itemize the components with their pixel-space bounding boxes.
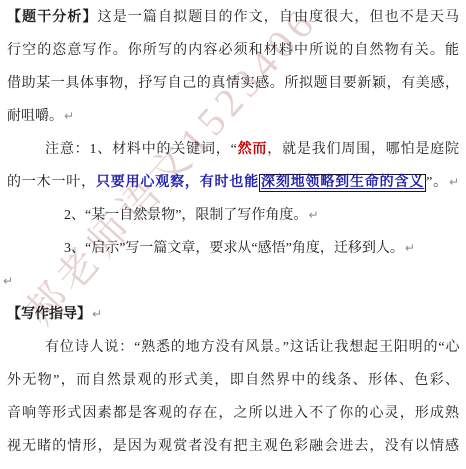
note-item-3-text: 3、“启示”写一篇文章，要求从“感悟”角度，迁移到人。 (64, 241, 404, 256)
analysis-text-4: 耐咀嚼。 (7, 109, 63, 124)
document-page: 【题干分析】这是一篇自拟题目的作文，自由度很大，但也不是天马 行空的恣意写作。你… (0, 0, 466, 463)
analysis-line-1: 【题干分析】这是一篇自拟题目的作文，自由度很大，但也不是天马 (7, 1, 459, 34)
note-item-2: 2、“某一自然景物”，限制了写作角度。↵ (7, 199, 459, 232)
analysis-line-3: 借助某一具体事物，抒写自己的真情实感。所拟题目要新颖，有美感， (7, 67, 459, 100)
pilcrow-icon: ↵ (91, 307, 102, 321)
note-line2-lead: 的一木一叶， (7, 175, 96, 190)
pilcrow-icon: ↵ (307, 208, 318, 222)
analysis-text-3: 借助某一具体事物，抒写自己的真情实感。所拟题目要新颖，有美感， (7, 76, 459, 91)
pilcrow-icon: ↵ (448, 175, 459, 189)
guide-text-1: 有位诗人说：“熟悉的地方没有风景。”这话让我想起王阳明的“心 (45, 340, 459, 355)
guide-text-4: 视无睹的情形，是因为观赏者没有把主观色彩融会进去，没有以情感 (7, 439, 459, 454)
pilcrow-icon: ↵ (63, 109, 74, 123)
guide-text-3: 音响等形式因素都是客观的存在，之所以进入不了你的心灵，形成熟 (7, 406, 459, 421)
guide-line-2: 外无物”，而自然景观的形式美，即自然界中的线条、形体、色彩、 (7, 364, 459, 397)
pilcrow-icon: ↵ (404, 241, 415, 255)
guide-text-2: 外无物”，而自然景观的形式美，即自然界中的线条、形体、色彩、 (7, 373, 459, 388)
note-item-3: 3、“启示”写一篇文章，要求从“感悟”角度，迁移到人。↵ (7, 232, 459, 265)
guide-line-1: 有位诗人说：“熟悉的地方没有风景。”这话让我想起王阳明的“心 (7, 331, 459, 364)
analysis-heading: 【题干分析】 (7, 10, 98, 25)
note-item-2-text: 2、“某一自然景物”，限制了写作角度。 (64, 208, 307, 223)
note-emphasis-blue: 只要用心观察，有时也能 (96, 175, 259, 190)
guide-line-3: 音响等形式因素都是客观的存在，之所以进入不了你的心灵，形成熟 (7, 397, 459, 430)
note-line-1: 注意：1、材料中的关键词，“然而，就是我们周围，哪怕是庭院 (7, 133, 459, 166)
note-boxed-emphasis: 深刻地领略到生命的含义 (259, 174, 426, 192)
note-lead-text: 注意：1、材料中的关键词，“ (45, 142, 237, 157)
note-rest-text: ，就是我们周围，哪怕是庭院 (267, 142, 459, 157)
note-line2-tail: ”。 (426, 175, 448, 190)
note-line-2: 的一木一叶，只要用心观察，有时也能深刻地领略到生命的含义”。↵ (7, 166, 459, 199)
analysis-line-2: 行空的恣意写作。你所写的内容必须和材料中所说的自然物有关。能 (7, 34, 459, 67)
empty-line: ↵ (7, 265, 459, 298)
analysis-text-2: 行空的恣意写作。你所写的内容必须和材料中所说的自然物有关。能 (7, 43, 459, 58)
pilcrow-icon: ↵ (2, 274, 13, 288)
guide-heading: 【写作指导】 (7, 307, 91, 322)
guide-heading-line: 【写作指导】↵ (7, 298, 459, 331)
analysis-text-1: 这是一篇自拟题目的作文，自由度很大，但也不是天马 (98, 10, 459, 25)
analysis-line-4: 耐咀嚼。↵ (7, 100, 459, 133)
guide-line-4: 视无睹的情形，是因为观赏者没有把主观色彩融会进去，没有以情感 (7, 430, 459, 463)
note-keyword-red: 然而 (237, 142, 267, 157)
